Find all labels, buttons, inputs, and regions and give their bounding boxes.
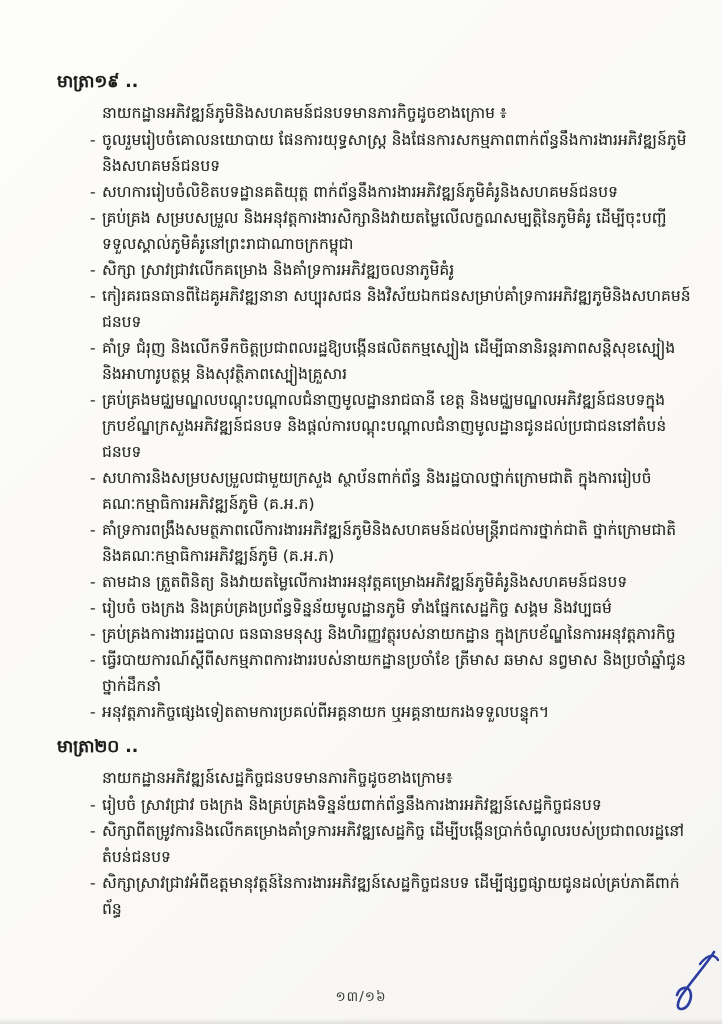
list-item-text: អនុវត្តភារកិច្ចផ្សេងទៀតតាមការប្រគល់ពីអគ្…	[102, 703, 549, 721]
bullet-dash: -	[90, 257, 102, 283]
bullet-dash: -	[90, 205, 102, 231]
list-item-text: តាមដាន ត្រួតពិនិត្យ និងវាយតម្លៃលើការងារអ…	[102, 573, 627, 591]
article-20-body: នាយកដ្ឋានអភិវឌ្ឍន៍សេដ្ឋកិច្ចជនបទមានភារកិ…	[102, 765, 694, 922]
bullet-dash: -	[90, 818, 102, 844]
list-item: -រៀបចំ ចងក្រង និងគ្រប់គ្រងប្រព័ន្ធទិន្នន…	[90, 595, 694, 621]
handwritten-initial-mark	[664, 942, 720, 1018]
list-item-text: ចូលរួមរៀបចំគោលនយោបាយ ផែនការយុទ្ធសាស្ត្រ …	[102, 131, 687, 175]
list-item: -គ្រប់គ្រងការងាររដ្ឋបាល ធនធានមនុស្ស និងហ…	[90, 621, 694, 647]
scanned-document-page: មាត្រា១៩ .. នាយកដ្ឋានអភិវឌ្ឍន៍ភូមិនិងសហគ…	[0, 0, 722, 1024]
bullet-dash: -	[90, 595, 102, 621]
list-item: -រៀបចំ ស្រាវជ្រាវ ចងក្រង និងគ្រប់គ្រងទិន…	[90, 792, 694, 818]
list-item: -អនុវត្តភារកិច្ចផ្សេងទៀតតាមការប្រគល់ពីអគ…	[90, 699, 694, 725]
list-item: -គ្រប់គ្រងមជ្ឈមណ្ឌលបណ្តុះបណ្តាលជំនាញមូលដ…	[90, 387, 694, 465]
list-item: -ចូលរួមរៀបចំគោលនយោបាយ ផែនការយុទ្ធសាស្ត្រ…	[90, 127, 694, 179]
list-item-text: សហការរៀបចំលិខិតបទដ្ឋានគតិយុត្ត ពាក់ព័ន្ធ…	[102, 183, 618, 201]
list-item-text: គ្រប់គ្រងការងាររដ្ឋបាល ធនធានមនុស្ស និងហិ…	[102, 625, 676, 643]
bullet-dash: -	[90, 179, 102, 205]
bullet-dash: -	[90, 335, 102, 361]
list-item: -សិក្សាស្រាវជ្រាវអំពីឧត្តមានុវត្តន៍នៃការ…	[90, 870, 694, 922]
list-item: -តាមដាន ត្រួតពិនិត្យ និងវាយតម្លៃលើការងារ…	[90, 569, 694, 595]
bullet-dash: -	[90, 621, 102, 647]
list-item-text: រៀបចំ ចងក្រង និងគ្រប់គ្រងប្រព័ន្ធទិន្នន័…	[102, 599, 612, 617]
article-19-heading: មាត្រា១៩ ..	[57, 70, 694, 94]
article-19-intro: នាយកដ្ឋានអភិវឌ្ឍន៍ភូមិនិងសហគមន៍ជនបទមានភា…	[102, 100, 694, 126]
list-item: -គ្រប់គ្រង សម្របសម្រួល និងអនុវត្តការងារស…	[90, 205, 694, 257]
bullet-dash: -	[90, 792, 102, 818]
article-20: មាត្រា២០ .. នាយកដ្ឋានអភិវឌ្ឍន៍សេដ្ឋកិច្ច…	[57, 735, 694, 922]
list-item: -សហការនិងសម្របសម្រួលជាមួយក្រសួង ស្ថាប័នព…	[90, 465, 694, 517]
list-item-text: សិក្សាស្រាវជ្រាវអំពីឧត្តមានុវត្តន៍នៃការង…	[102, 874, 680, 918]
article-20-intro: នាយកដ្ឋានអភិវឌ្ឍន៍សេដ្ឋកិច្ចជនបទមានភារកិ…	[102, 765, 694, 791]
list-item: -គាំទ្រ ជំរុញ និងលើកទឹកចិត្តប្រជាពលរដ្ឋឱ…	[90, 335, 694, 387]
list-item-text: គាំទ្រ ជំរុញ និងលើកទឹកចិត្តប្រជាពលរដ្ឋឱ្…	[102, 339, 675, 383]
list-item-text: រៀបចំ ស្រាវជ្រាវ ចងក្រង និងគ្រប់គ្រងទិន្…	[102, 796, 602, 814]
bullet-dash: -	[90, 647, 102, 673]
page-number: ១៣/១៦	[0, 988, 722, 1008]
list-item-text: កៀរគរធនធានពីដៃគូអភិវឌ្ឍនានា សប្បុរសជន និ…	[102, 287, 691, 331]
list-item-text: ធ្វើរបាយការណ៍ស្តីពីសកម្មភាពការងាររបស់នាយ…	[102, 651, 686, 695]
article-20-heading: មាត្រា២០ ..	[57, 735, 694, 759]
bullet-dash: -	[90, 465, 102, 491]
bullet-dash: -	[90, 517, 102, 543]
list-item-text: គ្រប់គ្រងមជ្ឈមណ្ឌលបណ្តុះបណ្តាលជំនាញមូលដ្…	[102, 391, 666, 461]
list-item: -សិក្សាពីតម្រូវការនិងលើកគម្រោងគាំទ្រការអ…	[90, 818, 694, 870]
bullet-dash: -	[90, 283, 102, 309]
bullet-dash: -	[90, 387, 102, 413]
list-item: -សហការរៀបចំលិខិតបទដ្ឋានគតិយុត្ត ពាក់ព័ន្…	[90, 179, 694, 205]
article-19: មាត្រា១៩ .. នាយកដ្ឋានអភិវឌ្ឍន៍ភូមិនិងសហគ…	[57, 70, 694, 725]
scan-shadow-edge	[0, 1018, 722, 1024]
list-item: -កៀរគរធនធានពីដៃគូអភិវឌ្ឍនានា សប្បុរសជន ន…	[90, 283, 694, 335]
list-item: -គាំទ្រការពង្រឹងសមត្ថភាពលើការងារអភិវឌ្ឍន…	[90, 517, 694, 569]
list-item-text: សិក្សា ស្រាវជ្រាវលើកគម្រោង និងគាំទ្រការអ…	[102, 261, 454, 279]
list-item: -ធ្វើរបាយការណ៍ស្តីពីសកម្មភាពការងាររបស់នា…	[90, 647, 694, 699]
list-item: -សិក្សា ស្រាវជ្រាវលើកគម្រោង និងគាំទ្រការ…	[90, 257, 694, 283]
bullet-dash: -	[90, 870, 102, 896]
bullet-dash: -	[90, 569, 102, 595]
bullet-dash: -	[90, 127, 102, 153]
page-content: មាត្រា១៩ .. នាយកដ្ឋានអភិវឌ្ឍន៍ភូមិនិងសហគ…	[57, 70, 694, 922]
article-19-body: នាយកដ្ឋានអភិវឌ្ឍន៍ភូមិនិងសហគមន៍ជនបទមានភា…	[102, 100, 694, 725]
list-item-text: សហការនិងសម្របសម្រួលជាមួយក្រសួង ស្ថាប័នពា…	[102, 469, 652, 513]
list-item-text: គាំទ្រការពង្រឹងសមត្ថភាពលើការងារអភិវឌ្ឍន៍…	[102, 521, 676, 565]
list-item-text: គ្រប់គ្រង សម្របសម្រួល និងអនុវត្តការងារសិ…	[102, 209, 667, 253]
bullet-dash: -	[90, 699, 102, 725]
list-item-text: សិក្សាពីតម្រូវការនិងលើកគម្រោងគាំទ្រការអភ…	[102, 822, 684, 866]
